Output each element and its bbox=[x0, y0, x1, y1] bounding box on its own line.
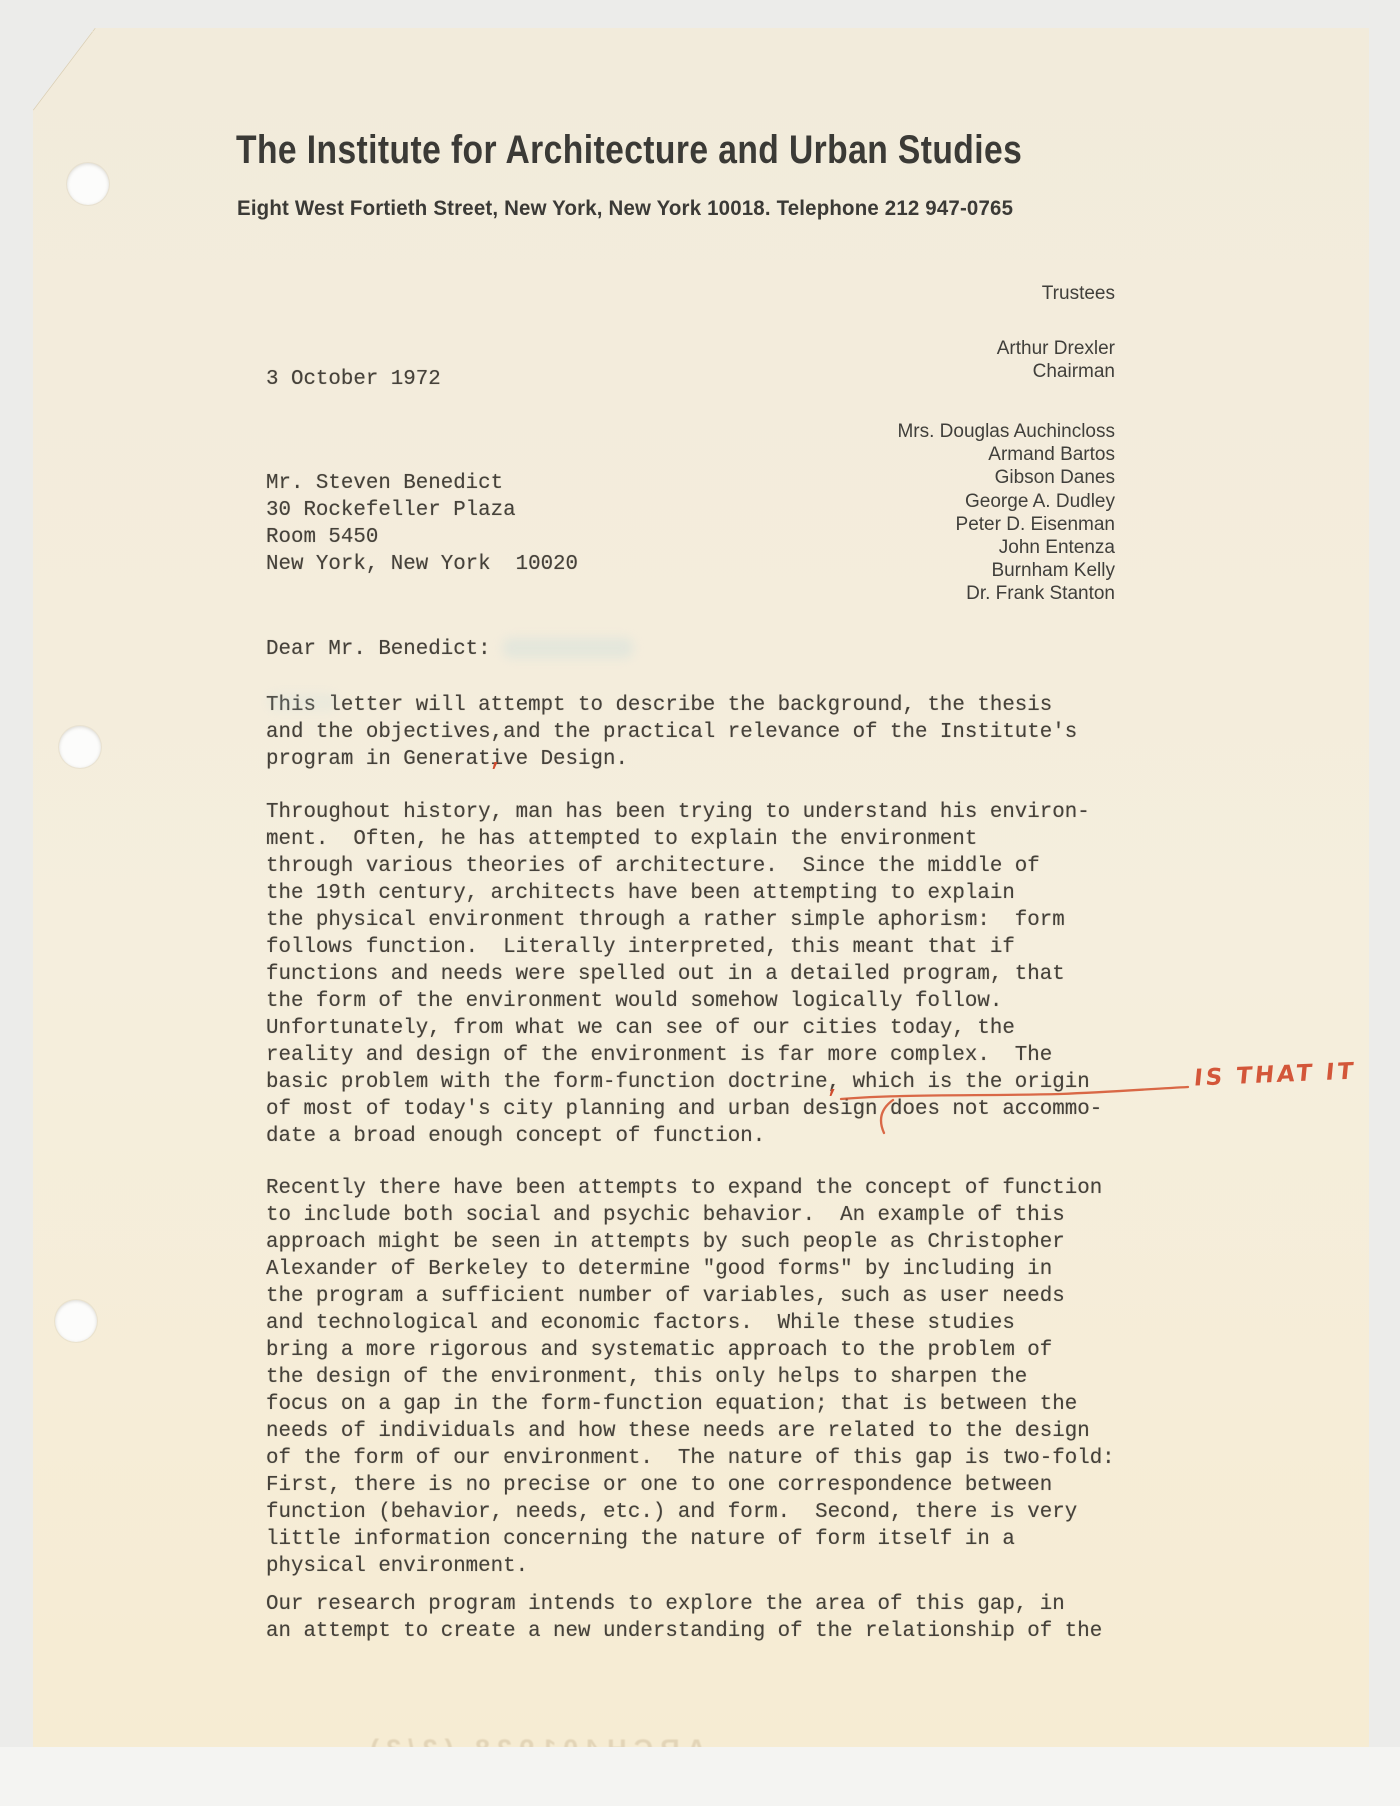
typed-line: Unfortunately, from what we can see of o… bbox=[266, 1015, 1102, 1042]
typed-line: This letter will attempt to describe the… bbox=[266, 692, 1077, 719]
typed-line: First, there is no precise or one to one… bbox=[266, 1472, 1115, 1499]
typed-line: follows function. Literally interpreted,… bbox=[266, 934, 1102, 961]
letter-paper: The Institute for Architecture and Urban… bbox=[33, 28, 1369, 1747]
typed-line: ment. Often, he has attempted to explain… bbox=[266, 826, 1102, 853]
typed-line: reality and design of the environment is… bbox=[266, 1042, 1102, 1069]
typed-line: the form of the environment would someho… bbox=[266, 988, 1102, 1015]
trustees-members: Mrs. Douglas AuchinclossArmand BartosGib… bbox=[897, 420, 1115, 606]
punch-hole bbox=[55, 1300, 97, 1342]
typed-line: basic problem with the form-function doc… bbox=[266, 1069, 1102, 1096]
paragraph-1: This letter will attempt to describe the… bbox=[266, 692, 1077, 773]
typed-line: approach might be seen in attempts by su… bbox=[266, 1229, 1115, 1256]
typed-line: of the form of our environment. The natu… bbox=[266, 1445, 1115, 1472]
typed-line: through various theories of architecture… bbox=[266, 853, 1102, 880]
typed-line: bring a more rigorous and systematic app… bbox=[266, 1337, 1115, 1364]
typed-line: of most of today's city planning and urb… bbox=[266, 1096, 1102, 1123]
scanned-letter-page: { "letterhead": { "org_name": "The Insti… bbox=[0, 0, 1400, 1806]
typed-line: focus on a gap in the form-function equa… bbox=[266, 1391, 1115, 1418]
chairman-title: Chairman bbox=[997, 360, 1115, 383]
scan-smudge bbox=[268, 693, 338, 711]
trustee-name: Mrs. Douglas Auchincloss bbox=[897, 420, 1115, 443]
recipient-line: New York, New York 10020 bbox=[266, 551, 578, 578]
paragraph-2: Throughout history, man has been trying … bbox=[266, 799, 1102, 1150]
typed-line: function (behavior, needs, etc.) and for… bbox=[266, 1499, 1115, 1526]
recipient-line: 30 Rockefeller Plaza bbox=[266, 497, 578, 524]
paragraph-4: Our research program intends to explore … bbox=[266, 1591, 1102, 1645]
punch-hole bbox=[59, 726, 101, 768]
typed-line: program in Generative Design. bbox=[266, 746, 1077, 773]
trustee-name: Dr. Frank Stanton bbox=[897, 582, 1115, 605]
typed-line: and technological and economic factors. … bbox=[266, 1310, 1115, 1337]
typed-line: physical environment. bbox=[266, 1553, 1115, 1580]
punch-hole bbox=[67, 163, 109, 205]
recipient-address: Mr. Steven Benedict30 Rockefeller PlazaR… bbox=[266, 470, 578, 578]
trustees-heading: Trustees bbox=[1042, 282, 1115, 305]
folded-corner bbox=[33, 28, 143, 138]
paragraph-3: Recently there have been attempts to exp… bbox=[266, 1175, 1115, 1580]
typed-line: the program a sufficient number of varia… bbox=[266, 1283, 1115, 1310]
trustees-chairman: Arthur Drexler Chairman bbox=[997, 337, 1115, 383]
letter-date: 3 October 1972 bbox=[266, 368, 441, 391]
typed-line: functions and needs were spelled out in … bbox=[266, 961, 1102, 988]
letterhead-address: Eight West Fortieth Street, New York, Ne… bbox=[237, 197, 1013, 221]
typed-line: the design of the environment, this only… bbox=[266, 1364, 1115, 1391]
trustee-name: Armand Bartos bbox=[897, 443, 1115, 466]
recipient-line: Room 5450 bbox=[266, 524, 578, 551]
typed-line: date a broad enough concept of function. bbox=[266, 1123, 1102, 1150]
trustee-name: George A. Dudley bbox=[897, 490, 1115, 513]
trustee-name: Gibson Danes bbox=[897, 466, 1115, 489]
typed-line: needs of individuals and how these needs… bbox=[266, 1418, 1115, 1445]
typed-line: Our research program intends to explore … bbox=[266, 1591, 1102, 1618]
letterhead-org-name: The Institute for Architecture and Urban… bbox=[236, 130, 1022, 170]
typed-line: an attempt to create a new understanding… bbox=[266, 1618, 1102, 1645]
typed-line: Throughout history, man has been trying … bbox=[266, 799, 1102, 826]
typed-line: to include both social and psychic behav… bbox=[266, 1202, 1115, 1229]
recipient-line: Mr. Steven Benedict bbox=[266, 470, 578, 497]
typed-line: the 19th century, architects have been a… bbox=[266, 880, 1102, 907]
typed-line: and the objectives,and the practical rel… bbox=[266, 719, 1077, 746]
typed-line: little information concerning the nature… bbox=[266, 1526, 1115, 1553]
trustee-name: Peter D. Eisenman bbox=[897, 513, 1115, 536]
chairman-name: Arthur Drexler bbox=[997, 337, 1115, 360]
scan-smudge bbox=[503, 638, 633, 658]
trustee-name: John Entenza bbox=[897, 536, 1115, 559]
typed-line: Recently there have been attempts to exp… bbox=[266, 1175, 1115, 1202]
typed-line: the physical environment through a rathe… bbox=[266, 907, 1102, 934]
salutation: Dear Mr. Benedict: bbox=[266, 638, 491, 661]
trustee-name: Burnham Kelly bbox=[897, 559, 1115, 582]
scanner-background-strip bbox=[0, 1747, 1400, 1806]
typed-line: Alexander of Berkeley to determine "good… bbox=[266, 1256, 1115, 1283]
